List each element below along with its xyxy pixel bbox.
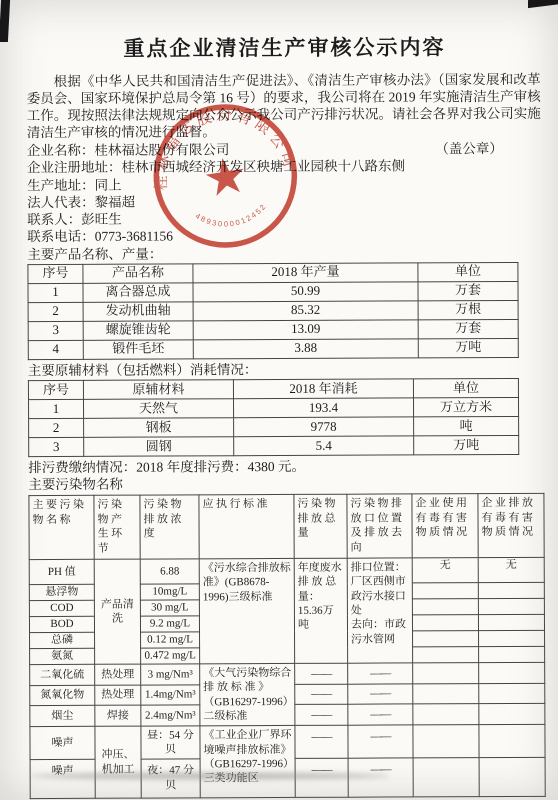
fee-line: 排污费缴纳情况：2018 年度排污费：4380 元。 [28,457,544,477]
empty-cell [413,704,479,725]
cell: 氨氮 [30,648,95,664]
column-header: 产品名称 [83,264,193,283]
cell: —— [295,663,348,684]
cell: 无 [412,558,478,583]
cell: 二氧化硫 [30,664,95,685]
cell: —— [348,704,413,725]
empty-cell [479,683,545,704]
cell: 天然气 [83,399,233,419]
cell: —— [295,684,348,705]
cell: 10mg/L [140,584,199,600]
materials-section-label: 主要原辅材料（包括燃料）消耗情况： [28,360,544,380]
cell: 193.4 [233,398,413,418]
cell: PH 值 [29,559,94,584]
cell: 产品清洗 [94,559,140,664]
empty-cell [479,662,545,683]
column-header: 单位 [418,262,518,281]
cell: 圆钢 [84,437,234,457]
cell: —— [295,725,348,758]
column-header: 污染物排放浓度 [140,495,199,560]
products-section-label: 主要产品名称、产量： [27,243,543,263]
cell: 离合器总成 [83,283,193,302]
empty-cell [479,725,545,758]
cell: 2 [28,302,83,321]
column-header: 主要污染物名称 [29,495,94,560]
table-row: 2 发动机曲轴 85.32 万根 [28,300,518,321]
column-header: 2018 年消耗 [233,379,413,399]
cell: 总磷 [30,632,95,648]
materials-table: 序号 原辅材料 2018 年消耗 单位 1 天然气 193.4 万立方米 2 钢… [28,378,519,457]
cell: 万立方米 [413,398,518,417]
cell: 螺旋锥齿轮 [83,321,193,340]
empty-cell [413,663,479,684]
cell: 1 [28,283,83,302]
cell: 《污水综合排放标准》(GB8678-1996)三级标准 [199,558,294,663]
cell: —— [348,758,413,797]
cell: 50.99 [193,282,418,302]
cell: 3.88 [193,339,418,359]
column-header: 污染物排放口位置及排放去向 [347,494,412,559]
empty-cell [413,631,479,647]
cell: 昼：54 分贝 [141,726,200,759]
table-row: 3 螺旋锥齿轮 13.09 万套 [28,319,518,340]
column-header: 企业使用有毒有害物质情况 [412,493,478,558]
column-header: 序号 [28,264,83,283]
pollutants-table: 主要污染物名称 污染物产生环节 污染物排放浓度 应执行标准 污染物排放总量 污染… [28,492,545,799]
cell: 13.09 [193,320,418,340]
cell: 噪声 [30,760,95,799]
column-header: 原辅材料 [83,380,233,400]
cell: 3 [28,321,83,340]
empty-cell [478,614,544,630]
pollutants-section-label: 主要污染物名称 [28,474,544,494]
cell: —— [348,684,413,705]
empty-cell [413,647,479,663]
column-header: 单位 [413,379,518,398]
empty-cell [478,582,544,598]
cell: —— [348,725,413,758]
seal-serial-text: 4893000012452 [193,200,271,233]
cell: 万吨 [418,338,518,357]
cell: 3 mg/Nm³ [141,664,200,685]
table-row: 1 天然气 193.4 万立方米 [28,398,518,419]
cell: 85.32 [193,301,418,321]
cell: 0.472 mg/L [141,648,200,664]
column-header: 序号 [28,380,83,399]
cell: 6.88 [140,559,199,584]
cell: 吨 [414,417,519,436]
cell: 无 [478,557,544,582]
table-row: 3 圆钢 5.4 万吨 [29,436,519,457]
company-seal: 桂林福达股份有限公司 4893000012452 ★ [137,85,314,263]
materials-header-row: 序号 原辅材料 2018 年消耗 单位 [28,379,518,400]
cell: BOD [29,616,94,632]
cell: 锻件毛坯 [83,340,193,359]
table-row: PH 值 产品清洗 6.88 《污水综合排放标准》(GB8678-1996)三级… [29,557,544,584]
cell: 4 [28,340,83,359]
table-row: 二氧化硫 热处理 3 mg/Nm³ 《大气污染物综合排 放 标 准 》（GB16… [30,662,545,685]
cell: 钢板 [84,418,234,438]
cell: 热处理 [95,664,141,685]
empty-cell [479,646,545,662]
column-header: 2018 年产量 [193,263,418,283]
empty-cell [478,598,544,614]
cell: —— [295,705,348,726]
cell: 2 [29,418,84,437]
cell: 排口位置：厂区西侧市政污水接口处 去向：市政污水管网 [347,558,412,663]
cell: 《工业企业厂界环境噪声排放标准》（GB16297-1996）三类功能区 [200,726,295,798]
cell: 3 [29,437,84,456]
cell: —— [348,663,413,684]
cell: 氮氧化物 [30,685,95,706]
cell: 9778 [234,417,414,437]
column-header: 污染物排放总量 [294,494,347,559]
table-row: 噪声 冲压、机加工 昼：54 分贝 《工业企业厂界环境噪声排放标准》（GB162… [30,725,545,760]
cell: 冲压、机加工 [95,726,141,798]
cell: 焊接 [95,706,141,727]
page-title: 重点企业清洁生产审核公示内容 [26,31,542,63]
cell: 30 mg/L [140,600,199,616]
products-table: 序号 产品名称 2018 年产量 单位 1 离合器总成 50.99 万套 2 发… [27,262,518,360]
table-row: 1 离合器总成 50.99 万套 [28,281,518,302]
empty-cell [479,704,545,725]
column-header: 应执行标准 [199,494,294,559]
cell: 烟尘 [30,706,95,727]
cell: 悬浮物 [29,584,94,600]
cell: 万吨 [414,436,519,455]
empty-cell [479,758,545,797]
products-header-row: 序号 产品名称 2018 年产量 单位 [28,262,518,283]
cell: 发动机曲轴 [83,302,193,321]
table-row: 4 锻件毛坯 3.88 万吨 [28,338,518,359]
empty-cell [479,630,545,646]
cell: 1 [28,399,83,418]
cell: COD [29,600,94,616]
cell: 2.4mg/Nm³ [141,705,200,726]
cell: 年度废水排 放 总量：15.36万吨 [294,558,347,663]
cell: 9.2 mg/L [140,616,199,632]
cell: 万套 [418,281,518,300]
empty-cell [412,599,478,615]
cell: 《大气污染物综合排 放 标 准 》（GB16297-1996）二级标准 [200,663,295,726]
column-header: 企业排放有毒有害物质情况 [478,493,544,558]
empty-cell [412,615,478,631]
cell: 万套 [418,319,518,338]
seal-star-icon: ★ [199,146,252,208]
official-seal-note: （盖公章） [435,140,503,158]
cell: 0.12 mg/L [141,632,200,648]
column-header: 污染物产生环节 [94,495,140,560]
empty-cell [413,758,479,797]
cell: 5.4 [234,436,414,456]
empty-cell [413,683,479,704]
cell: 噪声 [30,727,95,760]
photo-shadow [30,773,390,779]
empty-cell [413,725,479,758]
cell: 万根 [418,300,518,319]
empty-cell [412,583,478,599]
pollutants-header-row: 主要污染物名称 污染物产生环节 污染物排放浓度 应执行标准 污染物排放总量 污染… [29,493,544,560]
table-row: 2 钢板 9778 吨 [29,417,519,438]
cell: 1.4mg/Nm³ [141,685,200,706]
cell: 热处理 [95,685,141,706]
